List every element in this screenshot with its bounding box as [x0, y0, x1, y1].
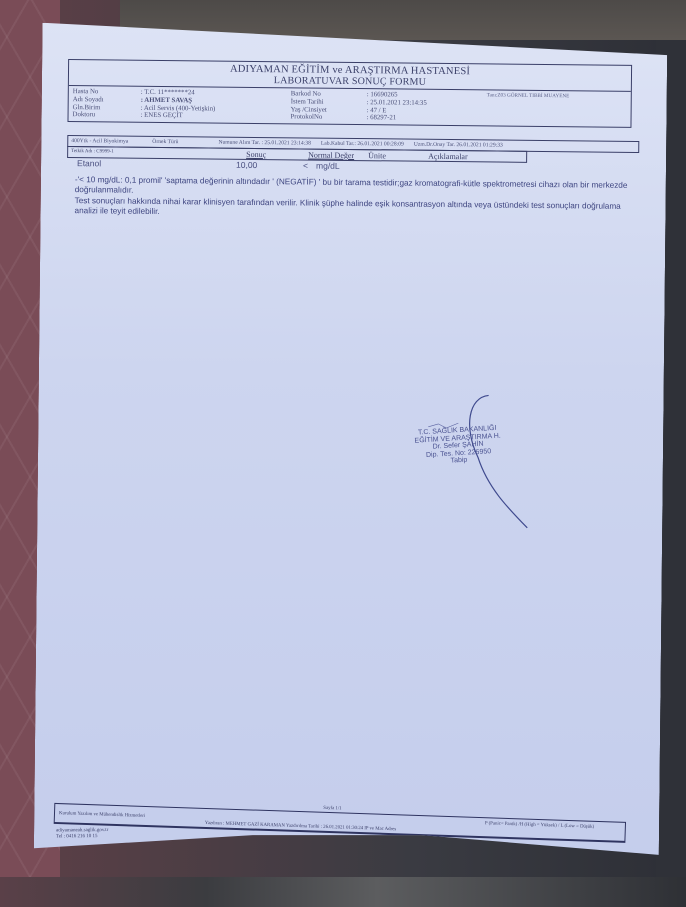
label-protocol: ProtokolNo	[290, 114, 366, 123]
header-notes: Açıklamalar	[428, 152, 468, 161]
label-doctor: Doktoru	[73, 111, 141, 120]
sample-time: Numune Alım Tar. : 25.01.2021 23:14:38	[218, 140, 310, 147]
footer-printed-by: Yazdıran : MEHMET GAZİ KARAMAN Yazdırılm…	[205, 821, 397, 832]
footer-vendor: Kurulum Yazılım ve Mühendislik Hizmetler…	[59, 811, 145, 819]
header-result: Sonuç	[246, 150, 266, 159]
footer-page: Sayfa 1/1	[323, 806, 341, 812]
doctor-stamp: T.C. SAĞLIK BAKANLIĞI EĞİTİM VE ARAŞTIRM…	[392, 423, 524, 468]
footer-legend: P (Panic= Panik) /H (High = Yüksek) / L …	[485, 821, 594, 830]
note-2: Test sonuçları hakkında nihai karar klin…	[74, 196, 634, 223]
lab-accept-time: Lab.Kabul Tar.: 26.01.2021 00:28:09	[321, 141, 404, 148]
patient-info: Hasta No : T.C. 11*******24 Barkod No : …	[68, 86, 630, 127]
report-footer: Kurulum Yazılım ve Mühendislik Hizmetler…	[54, 803, 626, 843]
footer-phone: Tel : 0416 216 10 15	[56, 834, 108, 840]
value-doctor: : ENES GEÇİT	[141, 112, 291, 121]
result-normal: <	[303, 160, 308, 170]
footer-contact: adiyamaneah.saglik.gov.tr Tel : 0416 216…	[56, 828, 108, 840]
value-protocol: : 68297-21	[366, 115, 486, 124]
result-value: 10,00	[236, 160, 257, 170]
sample-type: Örnek Türü	[152, 139, 178, 145]
result-notes: -'< 10 mg/dL: 0,1 promil' 'saptama değer…	[74, 175, 634, 222]
section-name: 400Ytk - Acil Biyokimya	[71, 138, 128, 145]
report-header: ADIYAMAN EĞİTİM ve ARAŞTIRMA HASTANESİ L…	[67, 59, 632, 128]
header-unit: Ünite	[368, 151, 386, 160]
result-unit: mg/dL	[316, 161, 340, 171]
approval-time: Uzm.Dr.Onay Tar. 26.01.2021 01:29:33	[414, 142, 503, 149]
test-code-label: Tetkik Adı : C9999-1	[71, 149, 114, 154]
lab-report-paper: ADIYAMAN EĞİTİM ve ARAŞTIRMA HASTANESİ L…	[34, 23, 668, 889]
background-bottom	[0, 877, 686, 907]
result-test-name: Etanol	[77, 158, 101, 168]
header-normal: Normal Değer	[308, 151, 354, 160]
